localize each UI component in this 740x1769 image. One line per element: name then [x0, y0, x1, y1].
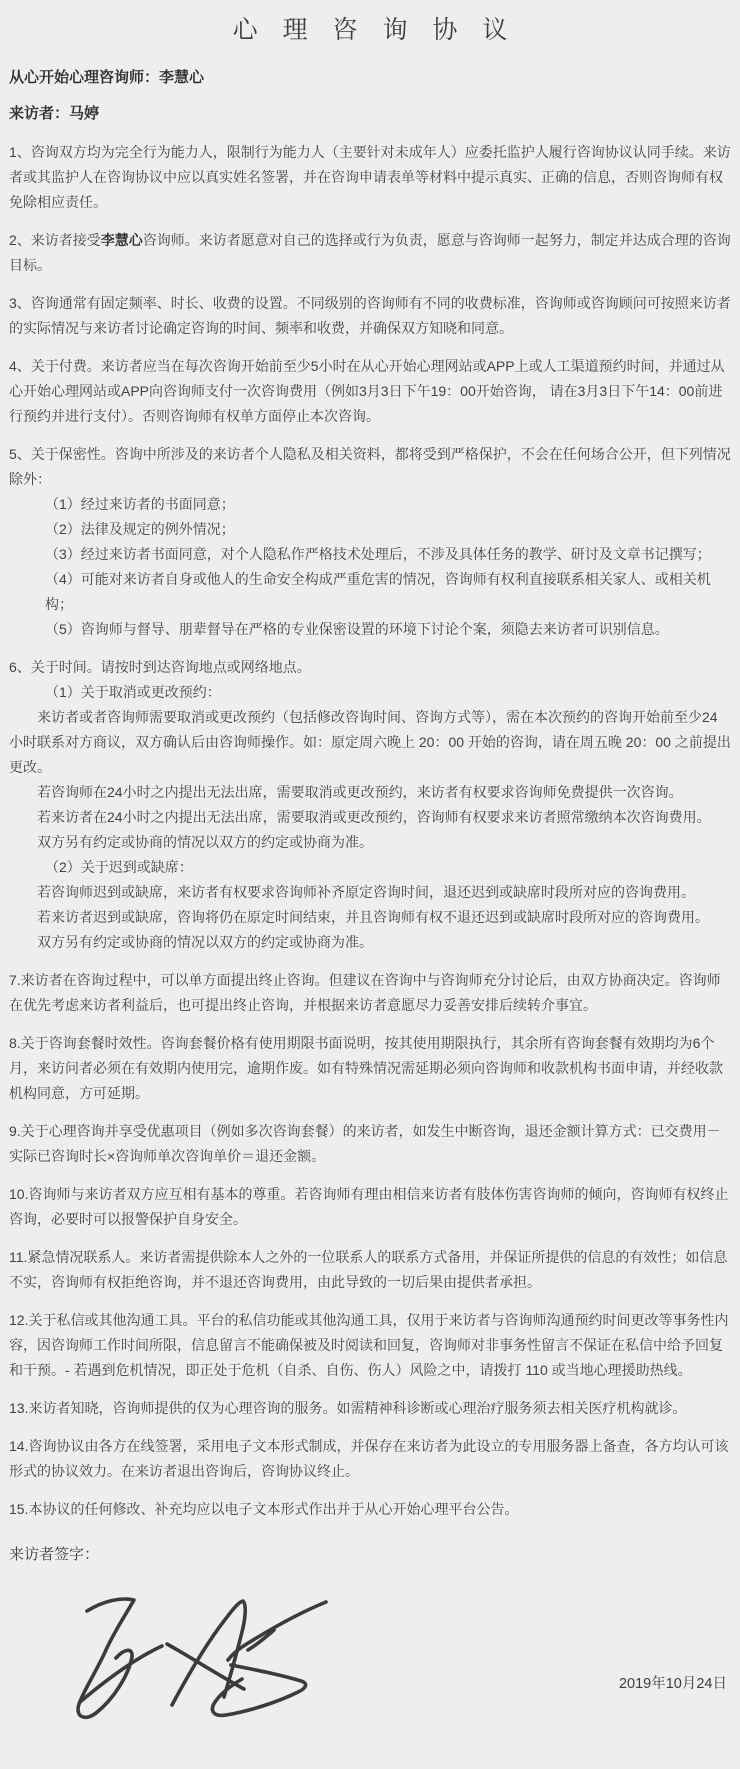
clause-10: 10.咨询师与来访者双方应互相有基本的尊重。若咨询师有理由相信来访者有肢体伤害咨…	[9, 1182, 731, 1232]
signature-label: 来访者签字：	[9, 1544, 731, 1566]
subsection-header: （1）关于取消或更改预约：	[9, 680, 731, 705]
clause-1: 1、咨询双方均为完全行为能力人，限制行为能力人（主要针对未成年人）应委托监护人履…	[9, 140, 731, 215]
counselor-name: 李慧心	[159, 69, 204, 86]
clause-6: 6、关于时间。请按时到达咨询地点或网络地点。	[9, 655, 731, 680]
subsection-paragraph: 若咨询师在24小时之内提出无法出席，需要取消或更改预约，来访者有权要求咨询师免费…	[9, 780, 731, 805]
confidentiality-exception-item: （5）咨询师与督导、朋辈督导在严格的专业保密设置的环境下讨论个案，须隐去来访者可…	[9, 617, 731, 642]
clause-7: 7.来访者在咨询过程中，可以单方面提出终止咨询。但建议在咨询中与咨询师充分讨论后…	[9, 968, 731, 1018]
signature-image	[73, 1594, 331, 1736]
confidentiality-exception-item: （3）经过来访者书面同意，对个人隐私作严格技术处理后，不涉及具体任务的教学、研讨…	[9, 542, 731, 567]
clause-3: 3、咨询通常有固定频率、时长、收费的设置。不同级别的咨询师有不同的收费标准，咨询…	[9, 291, 731, 341]
clause-9: 9.关于心理咨询并享受优惠项目（例如多次咨询套餐）的来访者，如发生中断咨询，退还…	[9, 1119, 731, 1169]
visitor-label: 来访者：	[9, 105, 69, 122]
clauses-section: 1、咨询双方均为完全行为能力人，限制行为能力人（主要针对未成年人）应委托监护人履…	[9, 140, 731, 1522]
clause-13: 13.来访者知晓，咨询师提供的仅为心理咨询的服务。如需精神科诊断或心理治疗服务须…	[9, 1396, 731, 1421]
clause-8: 8.关于咨询套餐时效性。咨询套餐价格有使用期限书面说明，按其使用期限执行，其余所…	[9, 1031, 731, 1106]
page-title: 心 理 咨 询 协 议	[9, 10, 731, 46]
clause-4: 4、关于付费。来访者应当在每次咨询开始前至少5小时在从心开始心理网站或APP上或…	[9, 354, 731, 429]
subsection-paragraph: 若来访者迟到或缺席，咨询将仍在原定时间结束，并且咨询师有权不退还迟到或缺席时段所…	[9, 905, 731, 930]
counselor-line: 从心开始心理咨询师：李慧心	[9, 68, 731, 88]
handwritten-signature-icon	[73, 1594, 331, 1736]
subsection-paragraph: 若咨询师迟到或缺席，来访者有权要求咨询师补齐原定咨询时间，退还迟到或缺席时段所对…	[9, 880, 731, 905]
clause-11: 11.紧急情况联系人。来访者需提供除本人之外的一位联系人的联系方式备用，并保证所…	[9, 1245, 731, 1295]
clause-12: 12.关于私信或其他沟通工具。平台的私信功能或其他沟通工具，仅用于来访者与咨询师…	[9, 1308, 731, 1383]
clause-14: 14.咨询协议由各方在线签署，采用电子文本形式制成，并保存在来访者为此设立的专用…	[9, 1434, 731, 1484]
agreement-document: 心 理 咨 询 协 议 从心开始心理咨询师：李慧心 来访者：马婷 1、咨询双方均…	[0, 0, 740, 1769]
confidentiality-exception-item: （4）可能对来访者自身或他人的生命安全构成严重危害的情况，咨询师有权利直接联系相…	[9, 567, 731, 617]
counselor-name-inline: 李慧心	[101, 232, 143, 248]
clause-15: 15.本协议的任何修改、补充均应以电子文本形式作出并于从心开始心理平台公告。	[9, 1497, 731, 1522]
visitor-line: 来访者：马婷	[9, 104, 731, 124]
subsection-paragraph: 双方另有约定或协商的情况以双方的约定或协商为准。	[9, 830, 731, 855]
subsection-paragraph: 来访者或者咨询师需要取消或更改预约（包括修改咨询时间、咨询方式等），需在本次预约…	[9, 705, 731, 780]
subsection-paragraph: 双方另有约定或协商的情况以双方的约定或协商为准。	[9, 930, 731, 955]
document-date: 2019年10月24日	[619, 1672, 727, 1693]
subsection-header: （2）关于迟到或缺席：	[9, 855, 731, 880]
confidentiality-exception-item: （2）法律及规定的例外情况；	[9, 517, 731, 542]
subsection-paragraph: 若来访者在24小时之内提出无法出席，需要取消或更改预约，咨询师有权要求来访者照常…	[9, 805, 731, 830]
clause-2: 2、来访者接受李慧心咨询师。来访者愿意对自己的选择或行为负责，愿意与咨询师一起努…	[9, 228, 731, 278]
confidentiality-exception-item: （1）经过来访者的书面同意；	[9, 492, 731, 517]
clause-text-fragment: 2、来访者接受	[9, 232, 101, 248]
counselor-label: 从心开始心理咨询师：	[9, 69, 159, 86]
clause-5: 5、关于保密性。咨询中所涉及的来访者个人隐私及相关资料，都将受到严格保护，不会在…	[9, 442, 731, 492]
visitor-name: 马婷	[69, 105, 99, 122]
